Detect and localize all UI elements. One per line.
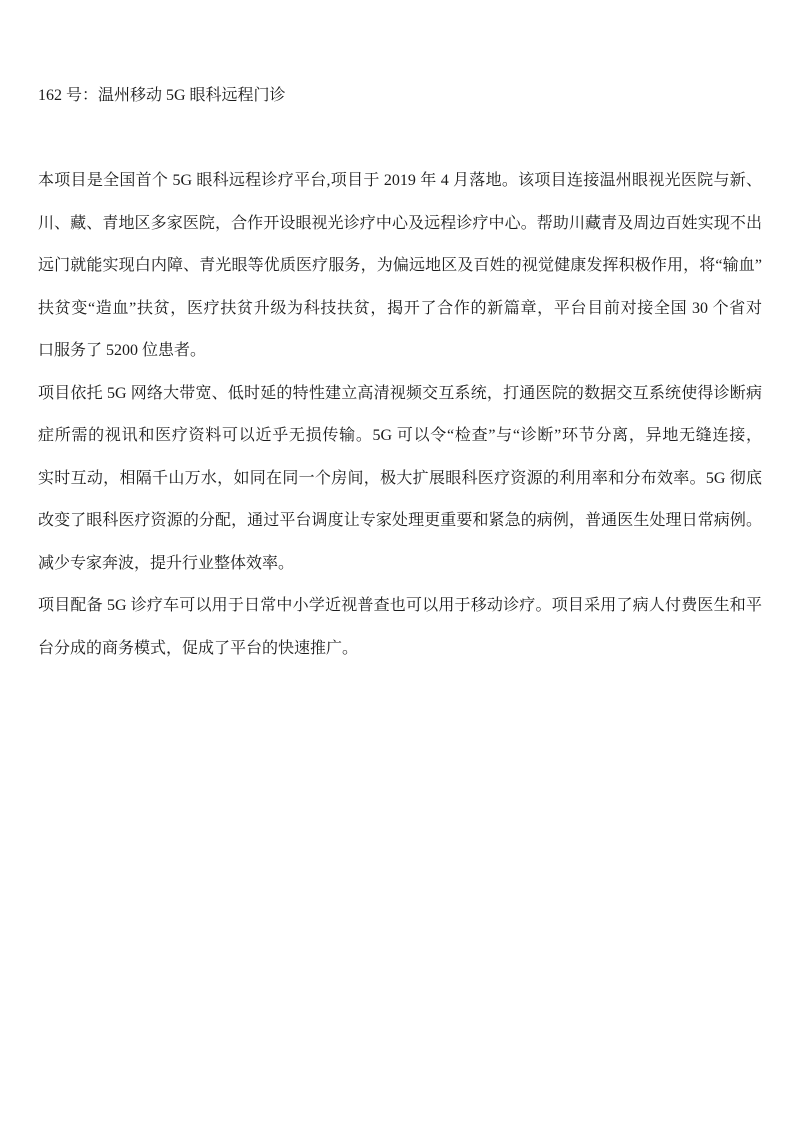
text-line: 改变了眼科医疗资源的分配，通过平台调度让专家处理更重要和紧急的病例，普通医生处理…	[38, 500, 762, 543]
document-page: 162 号：温州移动 5G 眼科远程门诊 本项目是全国首个 5G 眼科远程诊疗平…	[0, 0, 800, 1131]
text-line: 项目配备 5G 诊疗车可以用于日常中小学近视普查也可以用于移动诊疗。项目采用了病…	[38, 585, 762, 628]
paragraph: 本项目是全国首个 5G 眼科远程诊疗平台,项目于 2019 年 4 月落地。该项…	[38, 160, 762, 373]
text-line: 扶贫变“造血”扶贫，医疗扶贫升级为科技扶贫，揭开了合作的新篇章，平台目前对接全国…	[38, 288, 762, 331]
text-line: 川、藏、青地区多家医院，合作开设眼视光诊疗中心及远程诊疗中心。帮助川藏青及周边百…	[38, 203, 762, 246]
document-body: 本项目是全国首个 5G 眼科远程诊疗平台,项目于 2019 年 4 月落地。该项…	[38, 160, 762, 670]
text-line: 症所需的视讯和医疗资料可以近乎无损传输。5G 可以令“检查”与“诊断”环节分离，…	[38, 415, 762, 458]
text-line: 本项目是全国首个 5G 眼科远程诊疗平台,项目于 2019 年 4 月落地。该项…	[38, 160, 762, 203]
document-title: 162 号：温州移动 5G 眼科远程门诊	[38, 75, 762, 118]
text-line: 项目依托 5G 网络大带宽、低时延的特性建立高清视频交互系统，打通医院的数据交互…	[38, 373, 762, 416]
text-line: 台分成的商务模式，促成了平台的快速推广。	[38, 628, 762, 671]
paragraph: 项目配备 5G 诊疗车可以用于日常中小学近视普查也可以用于移动诊疗。项目采用了病…	[38, 585, 762, 670]
text-line: 减少专家奔波，提升行业整体效率。	[38, 543, 762, 586]
text-line: 实时互动，相隔千山万水，如同在同一个房间，极大扩展眼科医疗资源的利用率和分布效率…	[38, 458, 762, 501]
text-line: 口服务了 5200 位患者。	[38, 330, 762, 373]
text-line: 远门就能实现白内障、青光眼等优质医疗服务，为偏远地区及百姓的视觉健康发挥积极作用…	[38, 245, 762, 288]
paragraph: 项目依托 5G 网络大带宽、低时延的特性建立高清视频交互系统，打通医院的数据交互…	[38, 373, 762, 586]
